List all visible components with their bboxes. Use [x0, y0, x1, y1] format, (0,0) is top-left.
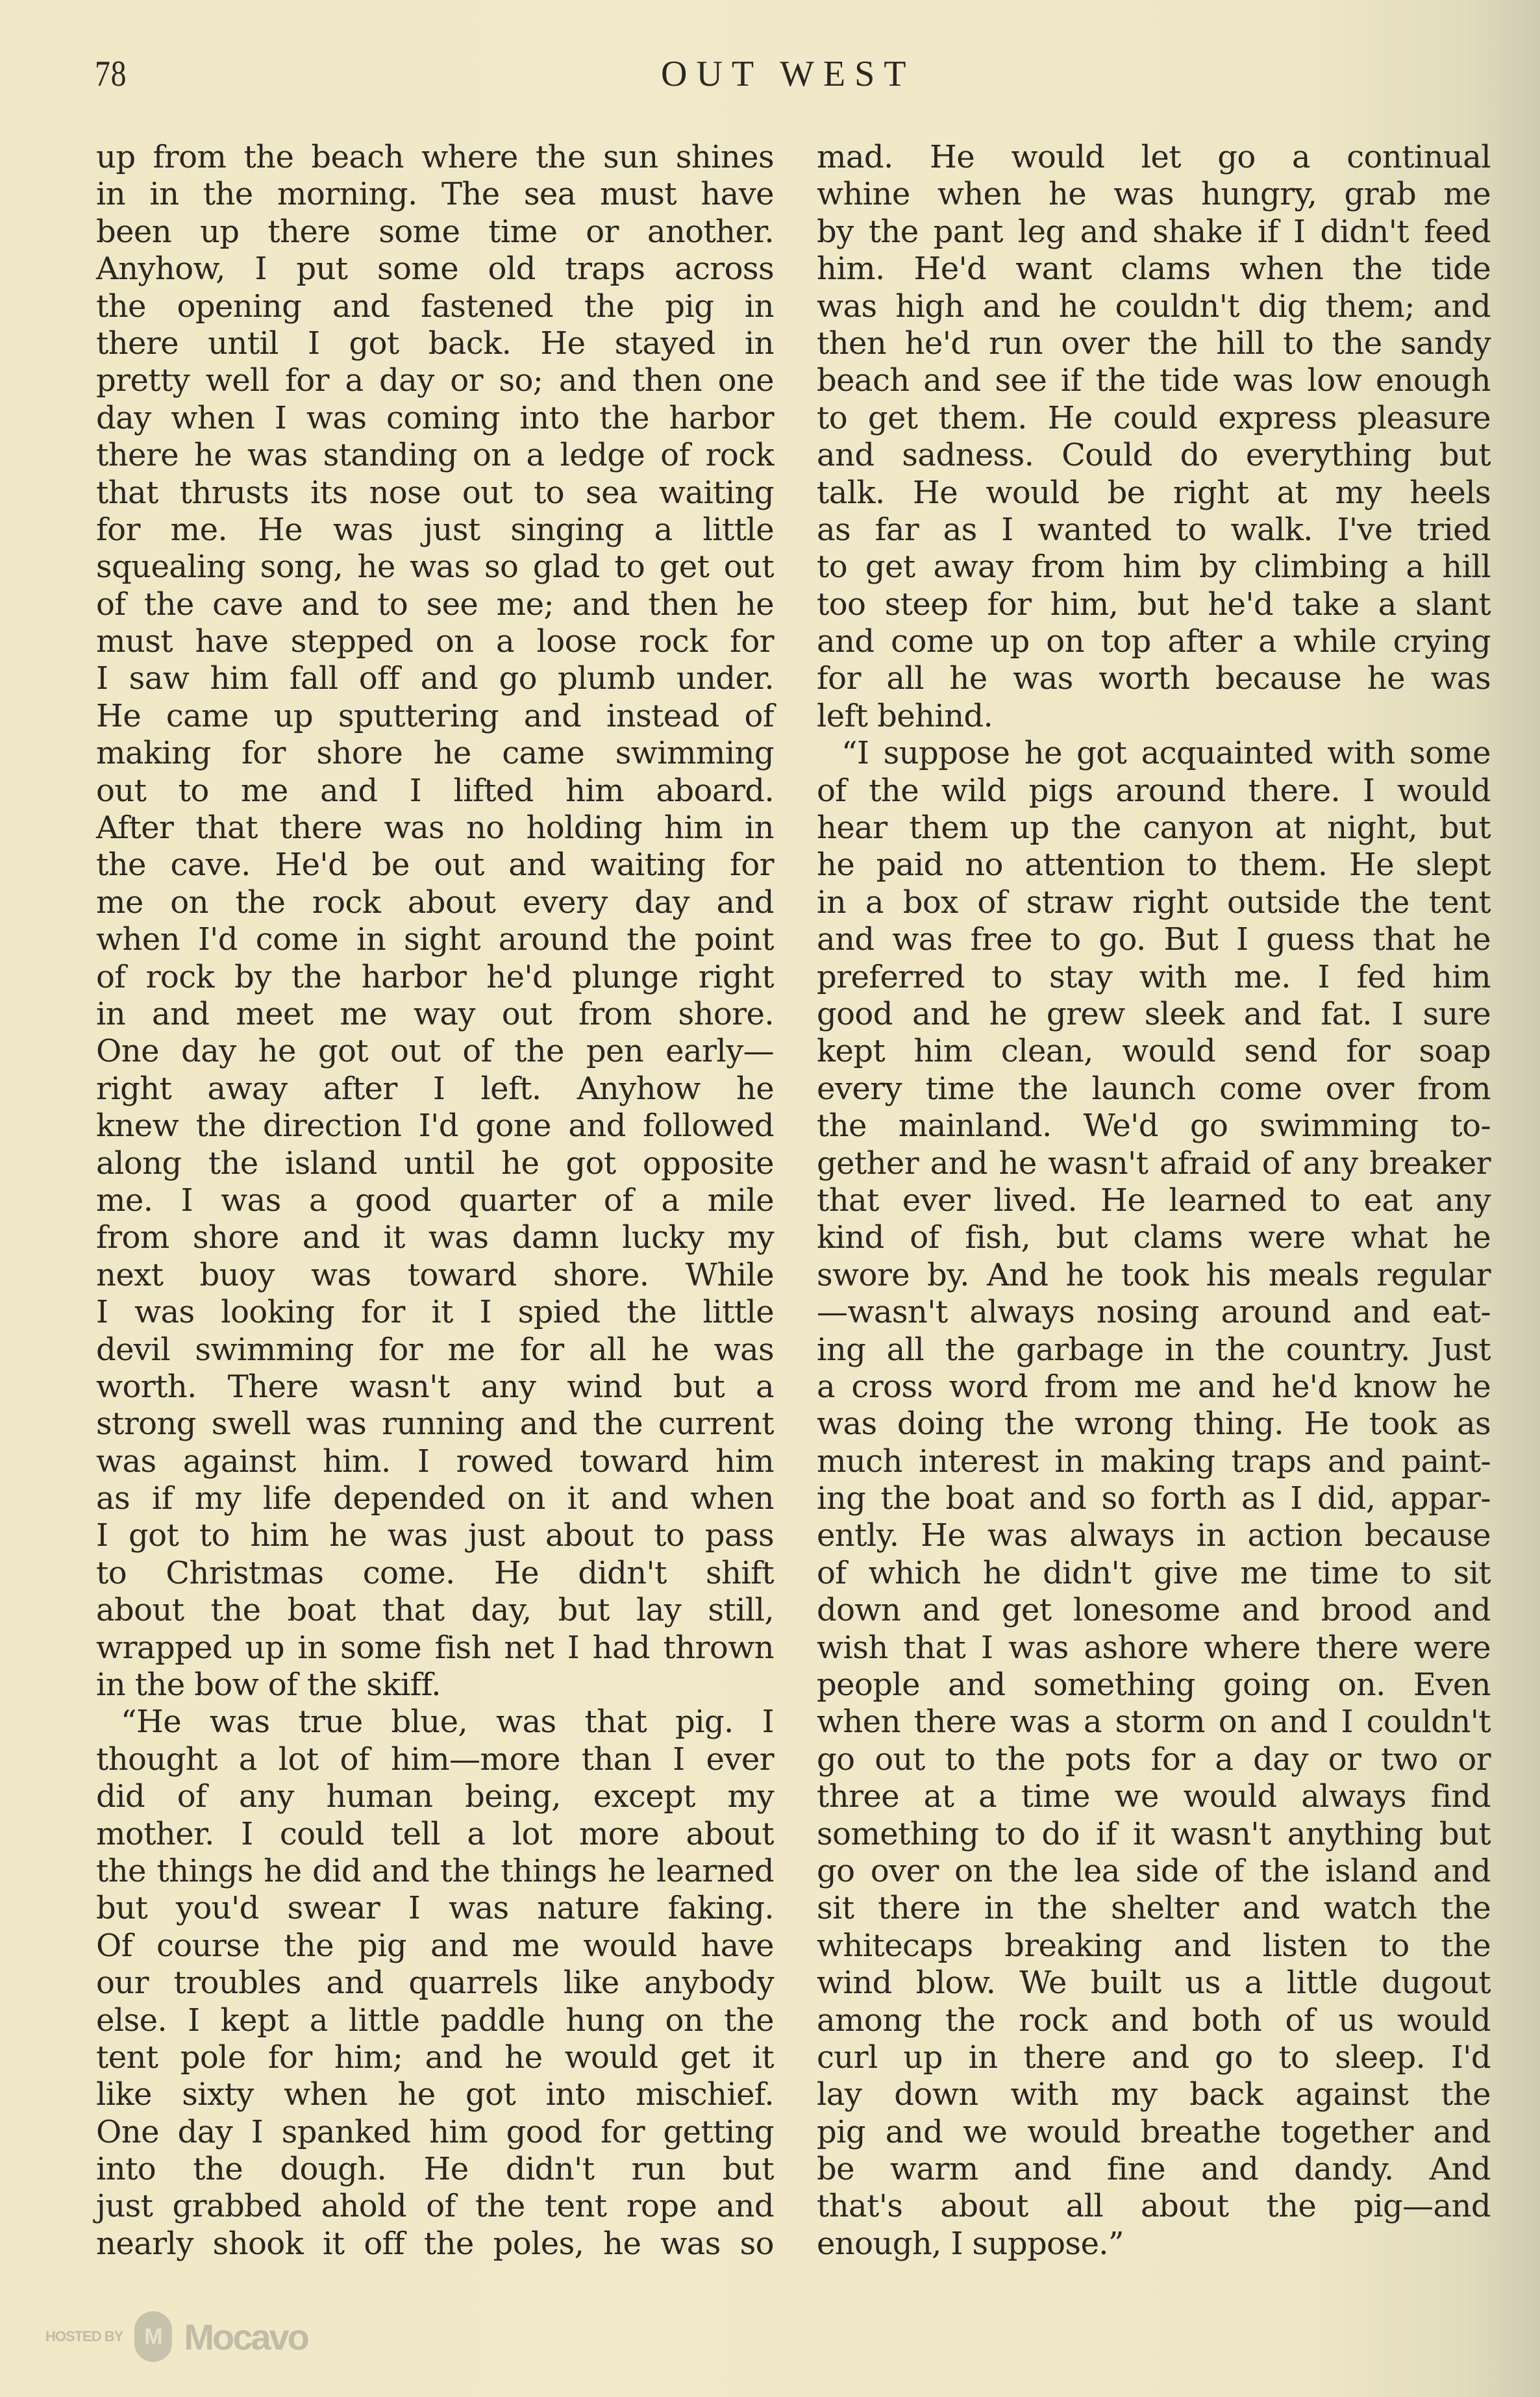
- text-line: in the bow of the skiff.: [96, 1667, 774, 1704]
- text-line: must have stepped on a loose rock for: [96, 623, 774, 660]
- text-line: ently. He was always in action because: [817, 1517, 1491, 1554]
- text-line: kind of fish, but clams were what he: [817, 1219, 1491, 1256]
- text-line: that's about all about the pig—and: [817, 2188, 1491, 2225]
- text-line: was doing the wrong thing. He took as: [817, 1406, 1491, 1443]
- text-line: the cave. He'd be out and waiting for: [96, 847, 774, 884]
- text-line: up from the beach where the sun shines: [96, 139, 774, 176]
- right-column: mad. He would let go a continualwhine wh…: [817, 139, 1491, 2263]
- text-line: mother. I could tell a lot more about: [96, 1816, 774, 1853]
- text-line: whine when he was hungry, grab me: [817, 176, 1491, 213]
- text-line: curl up in there and go to sleep. I'd: [817, 2039, 1491, 2076]
- text-line: squealing song, he was so glad to get ou…: [96, 549, 774, 586]
- text-line: for all he was worth because he was: [817, 660, 1491, 697]
- text-line: been up there some time or another.: [96, 214, 774, 251]
- text-line: Anyhow, I put some old traps across: [96, 251, 774, 288]
- text-line: One day he got out of the pen early—: [96, 1033, 774, 1070]
- text-line: like sixty when he got into mischief.: [96, 2076, 774, 2113]
- text-line: wish that I was ashore where there were: [817, 1630, 1491, 1667]
- text-line: of which he didn't give me time to sit: [817, 1555, 1491, 1592]
- text-line: as far as I wanted to walk. I've tried: [817, 512, 1491, 549]
- text-line: but you'd swear I was nature faking.: [96, 1890, 774, 1927]
- text-line: and come up on top after a while crying: [817, 623, 1491, 660]
- text-line: of the cave and to see me; and then he: [96, 586, 774, 623]
- text-line: for me. He was just singing a little: [96, 512, 774, 549]
- text-line: preferred to stay with me. I fed him: [817, 959, 1491, 996]
- text-line: there until I got back. He stayed in: [96, 325, 774, 362]
- text-line: and was free to go. But I guess that he: [817, 921, 1491, 958]
- text-line: our troubles and quarrels like anybody: [96, 1965, 774, 2002]
- text-line: about the boat that day, but lay still,: [96, 1592, 774, 1629]
- text-line: strong swell was running and the current: [96, 1406, 774, 1443]
- text-line: nearly shook it off the poles, he was so: [96, 2226, 774, 2263]
- mocavo-brand-name: Mocavo: [184, 2316, 308, 2358]
- text-line: something to do if it wasn't anything bu…: [817, 1816, 1491, 1853]
- text-line: pig and we would breathe together and: [817, 2114, 1491, 2151]
- text-line: me on the rock about every day and: [96, 884, 774, 921]
- text-line: whitecaps breaking and listen to the: [817, 1928, 1491, 1965]
- text-line: else. I kept a little paddle hung on the: [96, 2002, 774, 2039]
- text-line: swore by. And he took his meals regular: [817, 1257, 1491, 1294]
- text-line: pretty well for a day or so; and then on…: [96, 362, 774, 399]
- text-line: wrapped up in some fish net I had thrown: [96, 1630, 774, 1667]
- text-line: to Christmas come. He didn't shift: [96, 1555, 774, 1592]
- text-line: enough, I suppose.”: [817, 2226, 1491, 2263]
- text-line: ing all the garbage in the country. Just: [817, 1332, 1491, 1369]
- text-line: thought a lot of him—more than I ever: [96, 1741, 774, 1778]
- text-line: be warm and fine and dandy. And: [817, 2151, 1491, 2188]
- text-line: “He was true blue, was that pig. I: [96, 1704, 774, 1741]
- left-column: up from the beach where the sun shinesin…: [96, 139, 774, 2263]
- running-head: OUT WEST: [661, 53, 915, 95]
- text-line: sit there in the shelter and watch the: [817, 1890, 1491, 1927]
- text-line: people and something going on. Even: [817, 1667, 1491, 1704]
- text-line: three at a time we would always find: [817, 1778, 1491, 1815]
- text-line: from shore and it was damn lucky my: [96, 1219, 774, 1256]
- mocavo-logo-icon: M: [134, 2311, 172, 2362]
- text-line: worth. There wasn't any wind but a: [96, 1369, 774, 1406]
- text-line: I was looking for it I spied the little: [96, 1294, 774, 1331]
- text-line: “I suppose he got acquainted with some: [817, 735, 1491, 772]
- text-line: that thrusts its nose out to sea waiting: [96, 475, 774, 512]
- text-line: in in the morning. The sea must have: [96, 176, 774, 213]
- text-line: to get away from him by climbing a hill: [817, 549, 1491, 586]
- text-line: He came up sputtering and instead of: [96, 698, 774, 735]
- text-line: much interest in making traps and paint-: [817, 1443, 1491, 1480]
- text-line: right away after I left. Anyhow he: [96, 1071, 774, 1108]
- text-line: by the pant leg and shake if I didn't fe…: [817, 214, 1491, 251]
- text-line: in and meet me way out from shore.: [96, 996, 774, 1033]
- text-line: mad. He would let go a continual: [817, 139, 1491, 176]
- text-line: to get them. He could express pleasure: [817, 400, 1491, 437]
- text-line: along the island until he got opposite: [96, 1145, 774, 1182]
- text-line: knew the direction I'd gone and followed: [96, 1108, 774, 1145]
- text-line: every time the launch come over from: [817, 1071, 1491, 1108]
- text-line: the things he did and the things he lear…: [96, 1853, 774, 1890]
- text-line: ing the boat and so forth as I did, appa…: [817, 1480, 1491, 1517]
- text-line: lay down with my back against the: [817, 2076, 1491, 2113]
- text-line: there he was standing on a ledge of rock: [96, 437, 774, 474]
- text-line: next buoy was toward shore. While: [96, 1257, 774, 1294]
- text-line: of rock by the harbor he'd plunge right: [96, 959, 774, 996]
- text-line: One day I spanked him good for getting: [96, 2114, 774, 2151]
- text-line: tent pole for him; and he would get it: [96, 2039, 774, 2076]
- text-line: out to me and I lifted him aboard.: [96, 773, 774, 810]
- text-line: kept him clean, would send for soap: [817, 1033, 1491, 1070]
- text-line: the mainland. We'd go swimming to-: [817, 1108, 1491, 1145]
- text-line: beach and see if the tide was low enough: [817, 362, 1491, 399]
- text-line: go out to the pots for a day or two or: [817, 1741, 1491, 1778]
- text-line: when there was a storm on and I couldn't: [817, 1704, 1491, 1741]
- page-number: 78: [95, 53, 127, 95]
- text-line: then he'd run over the hill to the sandy: [817, 325, 1491, 362]
- text-line: I got to him he was just about to pass: [96, 1517, 774, 1554]
- text-line: too steep for him, but he'd take a slant: [817, 586, 1491, 623]
- text-line: —wasn't always nosing around and eat-: [817, 1294, 1491, 1331]
- text-line: left behind.: [817, 698, 1491, 735]
- text-line: into the dough. He didn't run but: [96, 2151, 774, 2188]
- text-line: that ever lived. He learned to eat any: [817, 1182, 1491, 1219]
- text-line: when I'd come in sight around the point: [96, 921, 774, 958]
- text-line: and sadness. Could do everything but: [817, 437, 1491, 474]
- text-line: was high and he couldn't dig them; and: [817, 288, 1491, 325]
- text-line: I saw him fall off and go plumb under.: [96, 660, 774, 697]
- text-line: was against him. I rowed toward him: [96, 1443, 774, 1480]
- text-line: day when I was coming into the harbor: [96, 400, 774, 437]
- text-line: among the rock and both of us would: [817, 2002, 1491, 2039]
- text-line: a cross word from me and he'd know he: [817, 1369, 1491, 1406]
- logo-letter: M: [144, 2324, 162, 2350]
- text-line: as if my life depended on it and when: [96, 1480, 774, 1517]
- text-line: After that there was no holding him in: [96, 810, 774, 847]
- text-line: hear them up the canyon at night, but: [817, 810, 1491, 847]
- hosted-by-label: HOSTED BY: [45, 2328, 123, 2345]
- text-line: talk. He would be right at my heels: [817, 475, 1491, 512]
- text-line: go over on the lea side of the island an…: [817, 1853, 1491, 1890]
- text-line: me. I was a good quarter of a mile: [96, 1182, 774, 1219]
- text-line: of the wild pigs around there. I would: [817, 773, 1491, 810]
- text-line: making for shore he came swimming: [96, 735, 774, 772]
- text-line: Of course the pig and me would have: [96, 1928, 774, 1965]
- text-line: him. He'd want clams when the tide: [817, 251, 1491, 288]
- text-line: he paid no attention to them. He slept: [817, 847, 1491, 884]
- text-line: did of any human being, except my: [96, 1778, 774, 1815]
- hosted-by-watermark: HOSTED BY M Mocavo: [45, 2311, 308, 2362]
- text-line: the opening and fastened the pig in: [96, 288, 774, 325]
- text-line: devil swimming for me for all he was: [96, 1332, 774, 1369]
- text-line: wind blow. We built us a little dugout: [817, 1965, 1491, 2002]
- text-line: gether and he wasn't afraid of any break…: [817, 1145, 1491, 1182]
- text-line: down and get lonesome and brood and: [817, 1592, 1491, 1629]
- text-line: good and he grew sleek and fat. I sure: [817, 996, 1491, 1033]
- text-line: in a box of straw right outside the tent: [817, 884, 1491, 921]
- text-line: just grabbed ahold of the tent rope and: [96, 2188, 774, 2225]
